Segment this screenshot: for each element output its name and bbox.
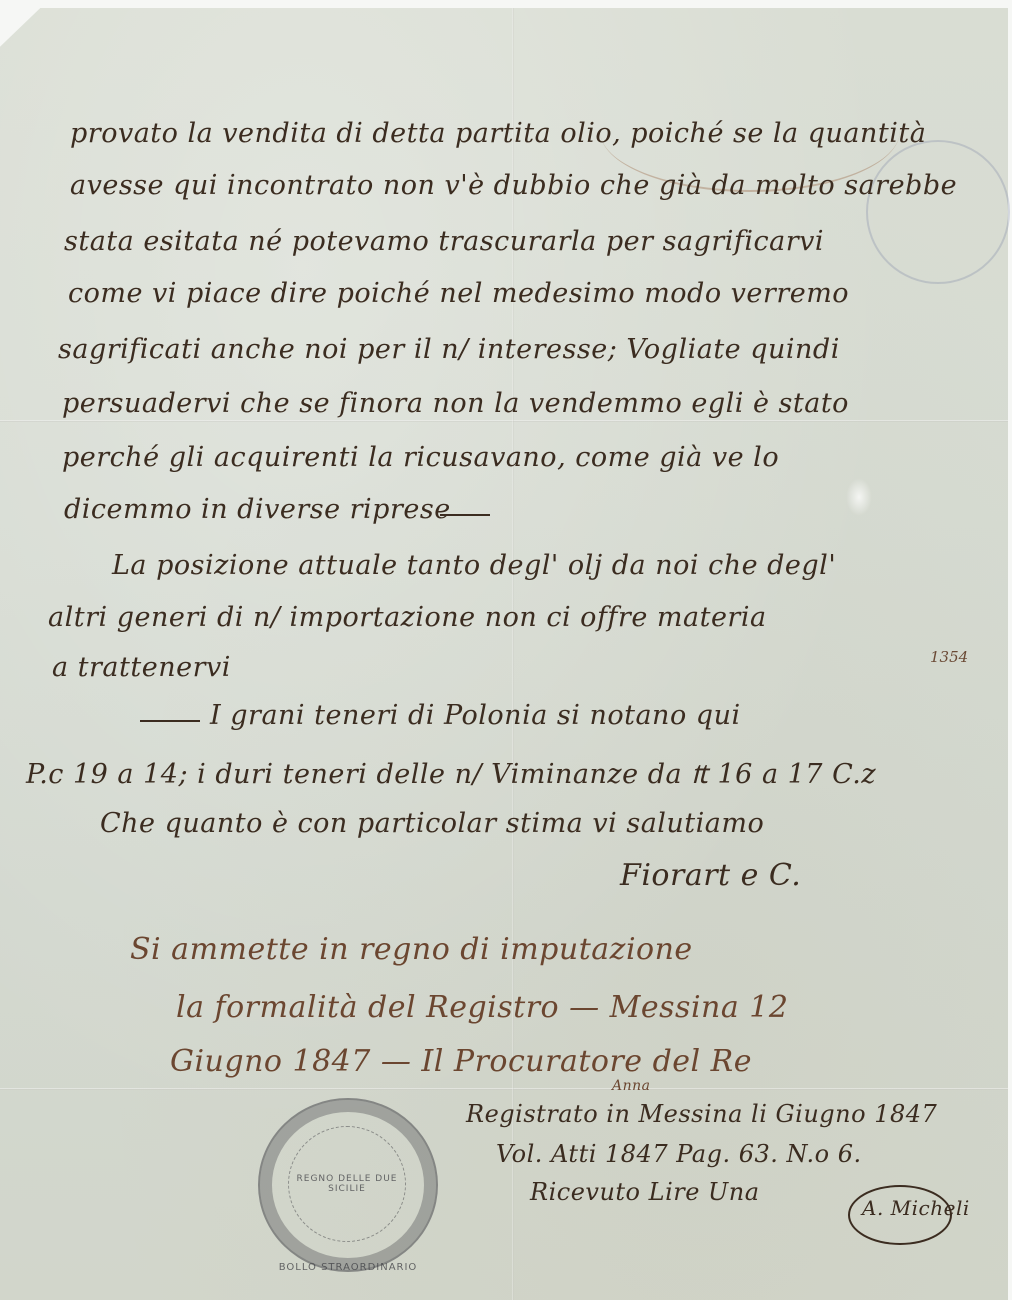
letter-line: La posizione attuale tanto degl' olj da … xyxy=(112,550,836,581)
registry-note-line: Si ammette in regno di imputazione xyxy=(130,932,693,967)
letter-signature: Fiorart e C. xyxy=(620,858,801,893)
registry-small-mark: Anna xyxy=(612,1078,651,1094)
fold-line xyxy=(0,420,1008,422)
stamp-caption: BOLLO STRAORDINARIO xyxy=(268,1262,428,1273)
letter-line: perché gli acquirenti la ricusavano, com… xyxy=(62,442,779,473)
postmark-ghost xyxy=(866,140,1010,284)
tax-stamp: REGNO DELLE DUE SICILIE xyxy=(258,1098,438,1272)
fold-line xyxy=(0,1088,1008,1090)
letter-line: persuadervi che se finora non la vendemm… xyxy=(62,388,849,419)
line-flourish xyxy=(440,514,490,516)
letter-line: a trattenervi xyxy=(52,652,231,683)
registry-note-line: Giugno 1847 — Il Procuratore del Re xyxy=(170,1044,752,1079)
registry-note-line: la formalità del Registro — Messina 12 xyxy=(176,990,788,1025)
registration-line: Registrato in Messina li Giugno 1847 xyxy=(466,1100,937,1128)
letter-line: come vi piace dire poiché nel medesimo m… xyxy=(68,278,849,309)
registration-line: Ricevuto Lire Una xyxy=(530,1178,760,1206)
letter-line: avesse qui incontrato non v'è dubbio che… xyxy=(70,170,957,201)
paper-blemish xyxy=(846,478,872,516)
letter-line: I grani teneri di Polonia si notano qui xyxy=(210,700,741,731)
letter-line: Che quanto è con particolar stima vi sal… xyxy=(100,808,764,839)
margin-number: 1354 xyxy=(930,648,968,666)
registration-line: Vol. Atti 1847 Pag. 63. N.o 6. xyxy=(496,1140,862,1168)
letter-line: stata esitata né potevamo trascurarla pe… xyxy=(64,226,824,257)
letter-line: sagrificati anche noi per il n/ interess… xyxy=(58,334,840,365)
letter-line: dicemmo in diverse riprese xyxy=(64,494,451,525)
stamp-emblem: REGNO DELLE DUE SICILIE xyxy=(288,1126,406,1242)
registrar-signature: A. Micheli xyxy=(862,1196,970,1220)
letter-line: altri generi di n/ importazione non ci o… xyxy=(48,602,767,633)
letter-line: P.c 19 a 14; i duri teneri delle n/ Vimi… xyxy=(26,754,876,791)
line-flourish xyxy=(140,720,200,722)
letter-line: provato la vendita di detta partita olio… xyxy=(70,118,926,149)
